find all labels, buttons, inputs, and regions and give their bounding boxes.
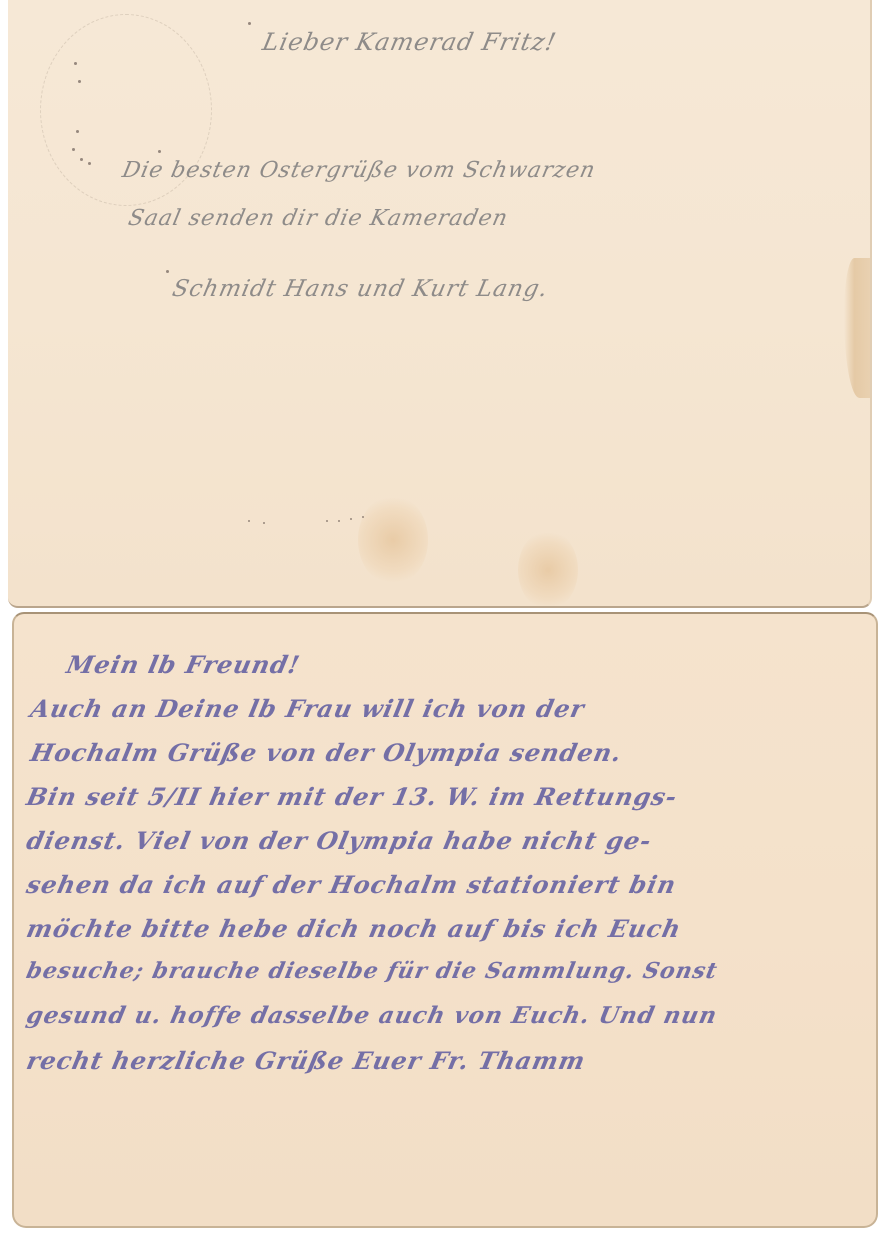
ink-speck	[166, 270, 169, 273]
ink-speck	[72, 148, 75, 151]
ink-speck	[80, 158, 83, 161]
fingerprint-stain	[518, 530, 578, 608]
message-line: gesund u. hoffe dasselbe auch von Euch. …	[24, 1002, 720, 1029]
ink-speck	[76, 130, 79, 133]
message-line: Hochalm Grüße von der Olympia senden.	[28, 738, 625, 767]
salutation-line: Mein lb Freund!	[64, 650, 303, 679]
message-line: dienst. Viel von der Olympia habe nicht …	[24, 826, 655, 855]
postmark-trace	[248, 520, 250, 522]
message-line: besuche; brauche dieselbe für die Sammlu…	[24, 958, 720, 984]
signature-line: Schmidt Hans und Kurt Lang.	[170, 276, 551, 302]
message-line: sehen da ich auf der Hochalm stationiert…	[24, 870, 679, 899]
message-line: Bin seit 5/II hier mit der 13. W. im Ret…	[24, 782, 680, 811]
fingerprint-stain	[358, 495, 428, 585]
message-line: möchte bitte hebe dich noch auf bis ich …	[24, 914, 684, 943]
postmark-trace	[350, 518, 352, 520]
signature-line: recht herzliche Grüße Euer Fr. Thamm	[24, 1046, 588, 1075]
ink-speck	[158, 150, 161, 153]
message-line: Saal senden dir die Kameraden	[126, 206, 511, 231]
postmark-trace	[362, 516, 364, 518]
postmark-trace	[326, 520, 328, 522]
postmark-trace	[263, 522, 265, 524]
ink-speck	[88, 162, 91, 165]
edge-water-stain	[844, 258, 870, 398]
message-line: Auch an Deine lb Frau will ich von der	[28, 694, 588, 723]
postmark-trace	[338, 520, 340, 522]
ink-speck	[74, 62, 77, 65]
message-line: Die besten Ostergrüße vom Schwarzen	[120, 158, 598, 183]
postcard-bottom: Mein lb Freund! Auch an Deine lb Frau wi…	[12, 612, 878, 1228]
ink-speck	[248, 22, 251, 25]
ink-speck	[78, 80, 81, 83]
postcard-top: Lieber Kamerad Fritz! Die besten Ostergr…	[8, 0, 872, 608]
greeting-line: Lieber Kamerad Fritz!	[260, 28, 559, 56]
